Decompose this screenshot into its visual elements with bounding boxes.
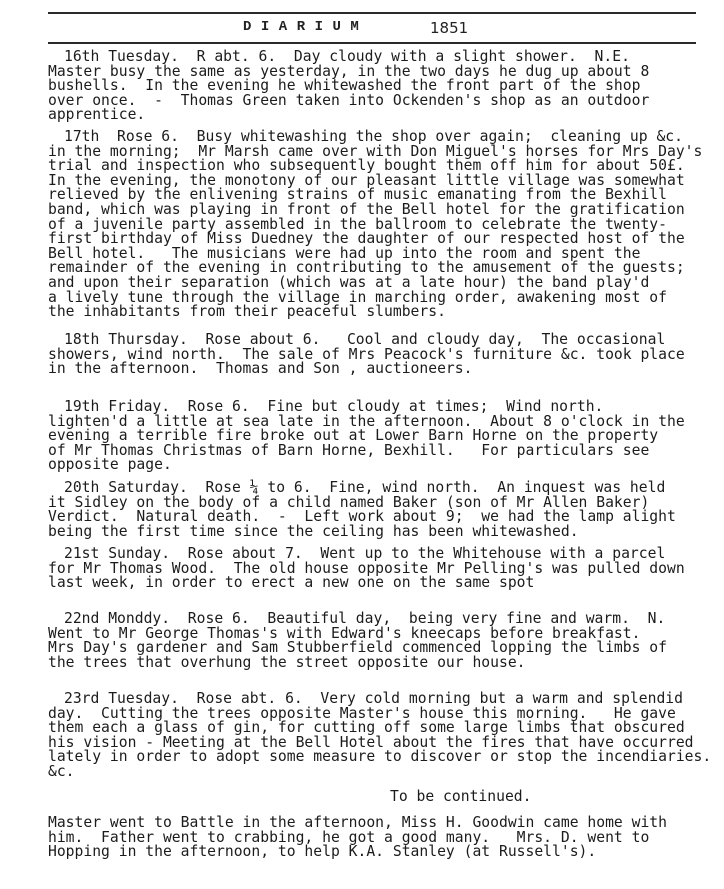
diary-entry-18th: 18th Thursday. Rose about 6. Cool and cl… — [48, 333, 718, 377]
page-header: DIARIUM 1851 — [0, 17, 724, 39]
entry-line: &c. — [48, 765, 718, 780]
entry-line: opposite page. — [48, 458, 718, 473]
diary-entry-16th: 16th Tuesday. R abt. 6. Day cloudy with … — [48, 50, 718, 123]
entry-line: apprentice. — [48, 108, 718, 123]
to-be-continued-note: To be continued. — [390, 788, 531, 805]
entry-line: lately in order to adopt some measure to… — [48, 750, 718, 765]
diary-entry-21st: 21st Sunday. Rose about 7. Went up to th… — [48, 547, 718, 591]
page-title: DIARIUM — [243, 19, 368, 35]
page-year: 1851 — [430, 19, 468, 37]
diary-entry-20th: 20th Saturday. Rose ¼ to 6. Fine, wind n… — [48, 481, 718, 539]
entry-line: over once. - Thomas Green taken into Ock… — [48, 94, 718, 109]
entry-line: in the afternoon. Thomas and Son , aucti… — [48, 362, 718, 377]
entry-line: being the first time since the ceiling h… — [48, 525, 718, 540]
entry-line: Hopping in the afternoon, to help K.A. S… — [48, 845, 718, 860]
diary-entry-17th: 17th Rose 6. Busy whitewashing the shop … — [48, 130, 718, 320]
diary-entry-23rd: 23rd Tuesday. Rose abt. 6. Very cold mor… — [48, 692, 718, 780]
postscript-paragraph: Master went to Battle in the afternoon, … — [48, 816, 718, 860]
entry-line: last week, in order to erect a new one o… — [48, 576, 718, 591]
diary-entry-22nd: 22nd Monddy. Rose 6. Beautiful day, bein… — [48, 612, 718, 670]
header-rule-top — [48, 12, 696, 14]
entry-line: the trees that overhung the street oppos… — [48, 656, 718, 671]
diary-entry-19th: 19th Friday. Rose 6. Fine but cloudy at … — [48, 400, 718, 473]
header-rule-bottom — [48, 42, 696, 44]
entry-line: the inhabitants from their peaceful slum… — [48, 305, 718, 320]
